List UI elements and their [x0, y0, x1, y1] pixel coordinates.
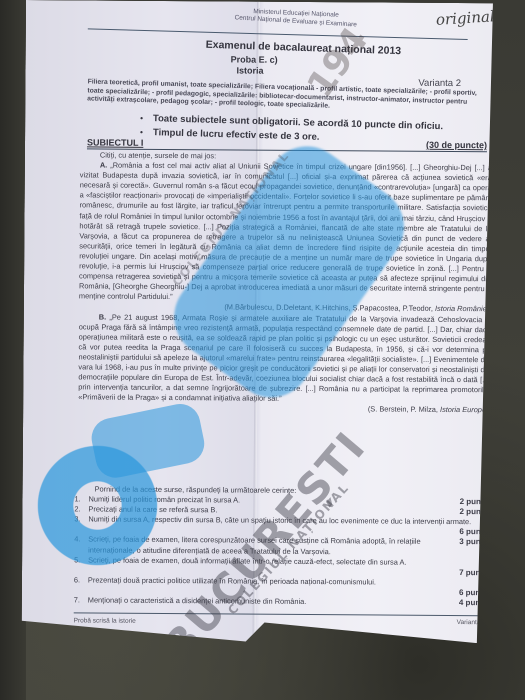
source-b-label: B. [99, 312, 106, 321]
footer-left: Probă scrisă la istorie [74, 617, 136, 624]
footer-rule [74, 612, 492, 616]
source-a-label: A. [100, 161, 107, 170]
handwritten-note: original [435, 7, 493, 29]
subject-name: Istoria [236, 65, 263, 75]
question-number: 7. [74, 595, 88, 605]
citation-title: Istoria Europei [440, 405, 488, 414]
blue-stamp-ring [34, 430, 175, 581]
proba-label: Proba E. c) [231, 54, 278, 64]
citation-title: Istoria României [435, 304, 488, 313]
citation-authors: (S. Berstein, P. Milza, [368, 405, 438, 414]
question-item: 7.Menționați o caracteristică a disidenț… [74, 595, 492, 608]
document-header: Ministerul Educației Naționale Centrul N… [176, 5, 416, 30]
exam-paper: Ministerul Educației Naționale Centrul N… [22, 0, 493, 643]
section-points: (30 de puncte) [426, 140, 487, 150]
question-text: Menționați o caracteristică a disidenței… [88, 595, 453, 608]
variant-label: Varianta 2 [418, 78, 461, 89]
section-title: SUBIECTUL I [87, 137, 143, 147]
